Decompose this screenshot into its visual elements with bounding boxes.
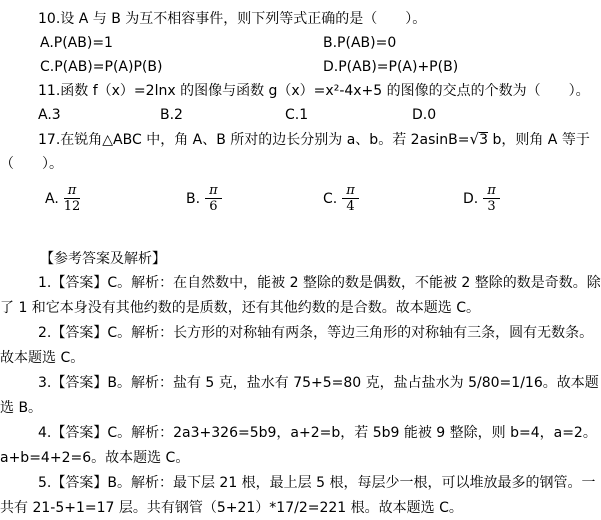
question-17-option-d: D. π3 — [463, 184, 500, 214]
radicand: 3 — [479, 132, 488, 148]
question-17-stem-line2: （ ）。 — [0, 152, 601, 176]
question-11-option-a: A.3 — [38, 103, 61, 127]
answer-item-4: 4.【答案】C。解析：2a3+326=5b9，a+2=b，若 5b9 能被 9 … — [0, 421, 601, 471]
question-17-stem-text-after: b，则角 A 等于 — [488, 132, 590, 148]
fraction-numerator: π — [342, 184, 359, 199]
fraction: π6 — [205, 184, 222, 214]
fraction-denominator: 4 — [342, 199, 359, 214]
option-label: D. — [463, 191, 478, 207]
fraction-denominator: 12 — [64, 199, 81, 214]
question-11-option-d: D.0 — [412, 103, 436, 127]
fraction-numerator: π — [64, 184, 81, 199]
fraction: π3 — [483, 184, 500, 214]
fraction-numerator: π — [483, 184, 500, 199]
fraction: π12 — [64, 184, 81, 214]
fraction-denominator: 3 — [483, 199, 500, 214]
fraction-numerator: π — [205, 184, 222, 199]
question-10-option-c: C.P(AB)=P(A)P(B) — [40, 55, 162, 79]
option-label: A. — [45, 191, 59, 207]
answer-section-title: 【参考答案及解析】 — [0, 247, 601, 271]
question-10-options-row-1: A.P(AB)=1 B.P(AB)=0 — [0, 31, 601, 55]
option-label: B. — [186, 191, 200, 207]
radical-sign: √ — [470, 130, 480, 148]
question-11-options-row: A.3 B.2 C.1 D.0 — [0, 103, 601, 127]
question-17-option-a: A. π12 — [45, 184, 80, 214]
fraction: π4 — [342, 184, 359, 214]
question-10-options-row-2: C.P(AB)=P(A)P(B) D.P(AB)=P(A)+P(B) — [0, 55, 601, 79]
answer-item-2: 2.【答案】C。解析：长方形的对称轴有两条，等边三角形的对称轴有三条，圆有无数条… — [0, 321, 601, 371]
question-10-option-d: D.P(AB)=P(A)+P(B) — [323, 55, 458, 79]
question-10-option-a: A.P(AB)=1 — [40, 31, 113, 55]
question-17-stem-line1: 17.在锐角△ABC 中，角 A、B 所对的边长分别为 a、b。若 2asinB… — [0, 127, 601, 152]
answer-item-3: 3.【答案】B。解析：盐有 5 克，盐水有 75+5=80 克，盐占盐水为 5/… — [0, 371, 601, 421]
question-17-stem-text-before: 17.在锐角△ABC 中，角 A、B 所对的边长分别为 a、b。若 2asinB… — [38, 132, 470, 148]
question-10-option-b: B.P(AB)=0 — [323, 31, 396, 55]
option-label: C. — [323, 191, 337, 207]
question-11-stem: 11.函数 f（x）=2lnx 的图像与函数 g（x）=x²-4x+5 的图像的… — [0, 79, 601, 103]
question-10-stem: 10.设 A 与 B 为互不相容事件，则下列等式正确的是（ ）。 — [0, 7, 601, 31]
question-11-option-b: B.2 — [160, 103, 183, 127]
exam-document: 10.设 A 与 B 为互不相容事件，则下列等式正确的是（ ）。 A.P(AB)… — [0, 0, 601, 520]
question-17-options-row: A. π12 B. π6 C. π4 D. π3 — [0, 176, 601, 222]
question-17-option-c: C. π4 — [323, 184, 359, 214]
question-11-option-c: C.1 — [285, 103, 308, 127]
question-17-option-b: B. π6 — [186, 184, 222, 214]
fraction-denominator: 6 — [205, 199, 222, 214]
sqrt-radical-expression: √3 — [470, 132, 488, 148]
answer-item-1: 1.【答案】C。解析：在自然数中，能被 2 整除的数是偶数，不能被 2 整除的数… — [0, 271, 601, 321]
answer-item-5: 5.【答案】B。解析：最下层 21 根，最上层 5 根，每层少一根，可以堆放最多… — [0, 471, 601, 520]
